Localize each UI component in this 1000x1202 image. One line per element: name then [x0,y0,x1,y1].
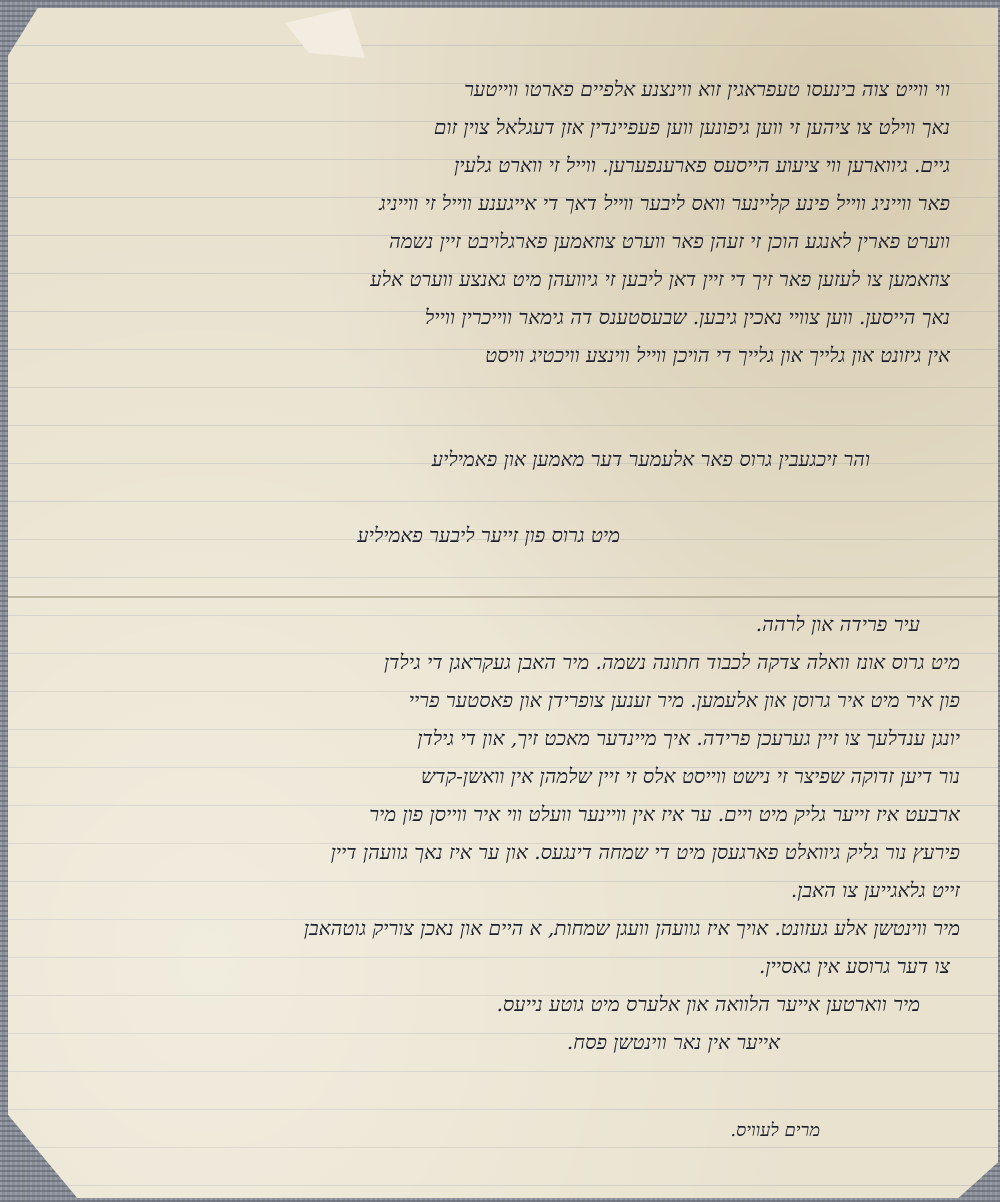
letter-section-top: ווי ווייט צוה בינעסו טעפראגין זוא ווינצנ… [60,70,950,374]
handwritten-line: פירעץ נור גליק גיוואלט פארגעסן מיט די שמ… [20,833,960,871]
handwritten-line: מיר ווארטען אייער הלוואה און אלערס מיט ג… [20,985,960,1023]
letter-section-bottom: עיר פרידה און לרהה. מיט גרוס אונז וואלה … [20,605,960,1061]
handwritten-line: ווערט פארין לאנגע הוכן זי זעהן פאר ווערט… [60,222,950,260]
handwritten-line: מיט גרוס פון זייער ליבער פאמיליע [60,516,950,554]
handwritten-line: עיר פרידה און לרהה. [20,605,960,643]
handwritten-line: צו דער גרוסע אין גאסיין. [20,947,960,985]
signature: מרים לעוויס. [730,1120,820,1141]
handwritten-line: נור דיען זדוקה שפיצר זי נישט ווייסט אלס … [20,757,960,795]
handwritten-line: זייט גלאגייען צו האבן. [20,871,960,909]
handwritten-line: פאר ווייניג ווייל פינע קליינער וואס ליבע… [60,184,950,222]
letter-section-greeting: והר זיכגעבין גרוס פאר אלעמער דער מאמען א… [60,440,950,554]
handwritten-line: פון איר מיט איר גרוסן און אלעמען. מיר זע… [20,681,960,719]
handwritten-line: והר זיכגעבין גרוס פאר אלעמער דער מאמען א… [60,440,950,478]
handwritten-line: אייער אין נאר ווינטשן פסח. [20,1023,960,1061]
handwritten-line: מיר ווינטשן אלע געזונט. אויך איז גוועהן … [20,909,960,947]
paper-fold-crease [8,596,998,598]
handwritten-line: גיים. גיווארען ווי ציעוע הייסעס פארענפער… [60,146,950,184]
handwritten-line: מיט גרוס אונז וואלה צדקה לכבוד חתונה נשמ… [20,643,960,681]
handwritten-line: ארבעט איז זייער גליק מיט ויים. ער איז אי… [20,795,960,833]
handwritten-line: נאך ווילט צו ציהען זי ווען גיפונען ווען … [60,108,950,146]
handwritten-line: אין גיזונט און גלייך און גלייך די הויכן … [60,336,950,374]
handwritten-line: נאך הייסען. ווען צוויי נאכין גיבען. שבעס… [60,298,950,336]
handwritten-line: יונגן ענדלעך צו זיין גערעכן פרידה. איך מ… [20,719,960,757]
handwritten-line: צוזאמען צו לעזען פאר זיך די זיין דאן ליב… [60,260,950,298]
handwritten-line: ווי ווייט צוה בינעסו טעפראגין זוא ווינצנ… [60,70,950,108]
